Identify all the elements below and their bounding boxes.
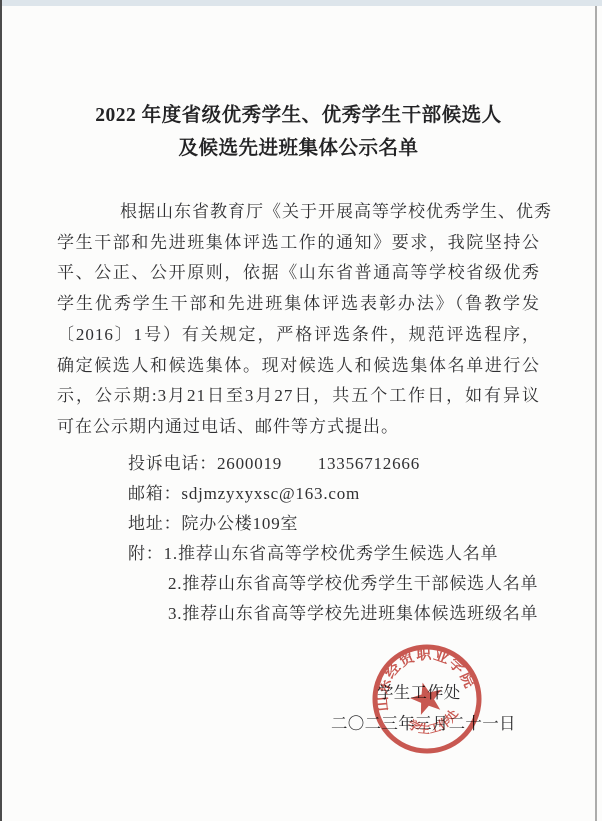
document-title: 2022 年度省级优秀学生、优秀学生干部候选人 及候选先进班集体公示名单 [57,99,540,165]
body-line: 学生干部和先进班集体评选工作的通知》要求，我院坚持公 [57,228,540,259]
body-line: 确定候选人和候选集体。现对候选人和候选集体名单进行公 [57,351,540,382]
title-line-2: 及候选先进班集体公示名单 [57,132,540,165]
phone-label: 投诉电话： [128,454,217,473]
body-line: 学生优秀学生干部和先进班集体评选表彰办法》（鲁教学发 [57,289,540,320]
body-line: 根据山东省教育厅《关于开展高等学校优秀学生、优秀 [57,197,540,228]
attachment-line-1: 附：1.推荐山东省高等学校优秀学生候选人名单 [57,539,540,569]
title-line-1: 2022 年度省级优秀学生、优秀学生干部候选人 [57,99,540,132]
address-line: 地址：院办公楼109室 [57,509,540,539]
contact-and-attachments: 投诉电话：2600019 13356712666 邮箱：sdjmzyxyxsc@… [57,449,540,629]
email-value: sdjmzyxyxsc@163.com [181,484,360,503]
official-seal: 山东经贸职业学院 学生工作处 [341,613,512,784]
address-label: 地址： [128,514,181,533]
body-line: 示，公示期:3月21日至3月27日，共五个工作日，如有异议 [57,381,540,412]
scanned-notice-page: 2022 年度省级优秀学生、优秀学生干部候选人 及候选先进班集体公示名单 根据山… [0,0,602,821]
body-line: 〔2016〕1号）有关规定，严格评选条件，规范评选程序， [57,320,540,351]
body-line: 平、公正、公开原则，依据《山东省普通高等学校省级优秀 [57,258,540,289]
address-value: 院办公楼109室 [181,514,298,533]
attachment-line-2: 2.推荐山东省高等学校优秀学生干部候选人名单 [57,569,540,599]
scan-left-edge [0,0,2,821]
seal-dept-text: 学生工作处 [403,704,465,742]
seal-star-icon [407,678,446,716]
document-content: 2022 年度省级优秀学生、优秀学生干部候选人 及候选先进班集体公示名单 根据山… [57,99,540,629]
phone-numbers: 2600019 13356712666 [217,454,420,473]
document-body-paragraph: 根据山东省教育厅《关于开展高等学校优秀学生、优秀 学生干部和先进班集体评选工作的… [57,197,540,443]
scan-right-edge [595,6,597,821]
email-line: 邮箱：sdjmzyxyxsc@163.com [57,479,540,509]
attachment-item: 1.推荐山东省高等学校优秀学生候选人名单 [164,544,499,563]
body-line: 可在公示期内通过电话、邮件等方式提出。 [57,412,540,443]
scan-top-band [0,0,602,6]
complaint-phone-line: 投诉电话：2600019 13356712666 [57,449,540,479]
email-label: 邮箱： [128,484,181,503]
attachments-prefix: 附： [128,544,164,563]
